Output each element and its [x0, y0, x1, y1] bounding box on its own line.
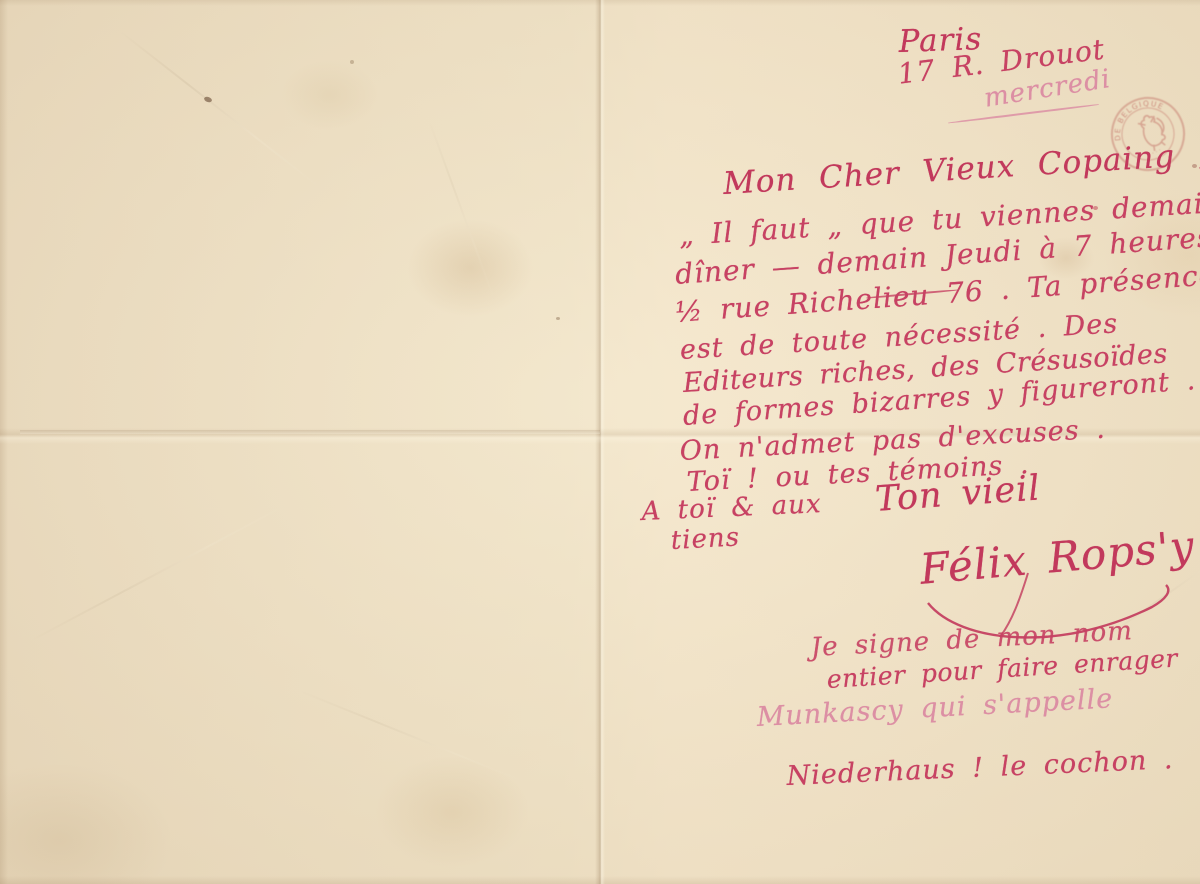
paper-speck [350, 60, 354, 64]
postscript-line: Munkascy qui s'appelle [756, 683, 1114, 733]
closing-left-line2: tiens [670, 522, 741, 556]
crease-line [428, 120, 498, 309]
horizontal-fold-line-left [20, 430, 600, 434]
crease-line [119, 30, 325, 192]
paper-speck [556, 317, 560, 320]
crease-line [30, 499, 296, 642]
closing-left-line1: A toï & aux [641, 489, 822, 527]
crease-line [299, 690, 532, 786]
letter-scan: DE BELGIQUE ······· Paris 17 R. Drouot m… [0, 0, 1200, 884]
postscript-line: Niederhaus ! le cochon . [786, 744, 1174, 792]
